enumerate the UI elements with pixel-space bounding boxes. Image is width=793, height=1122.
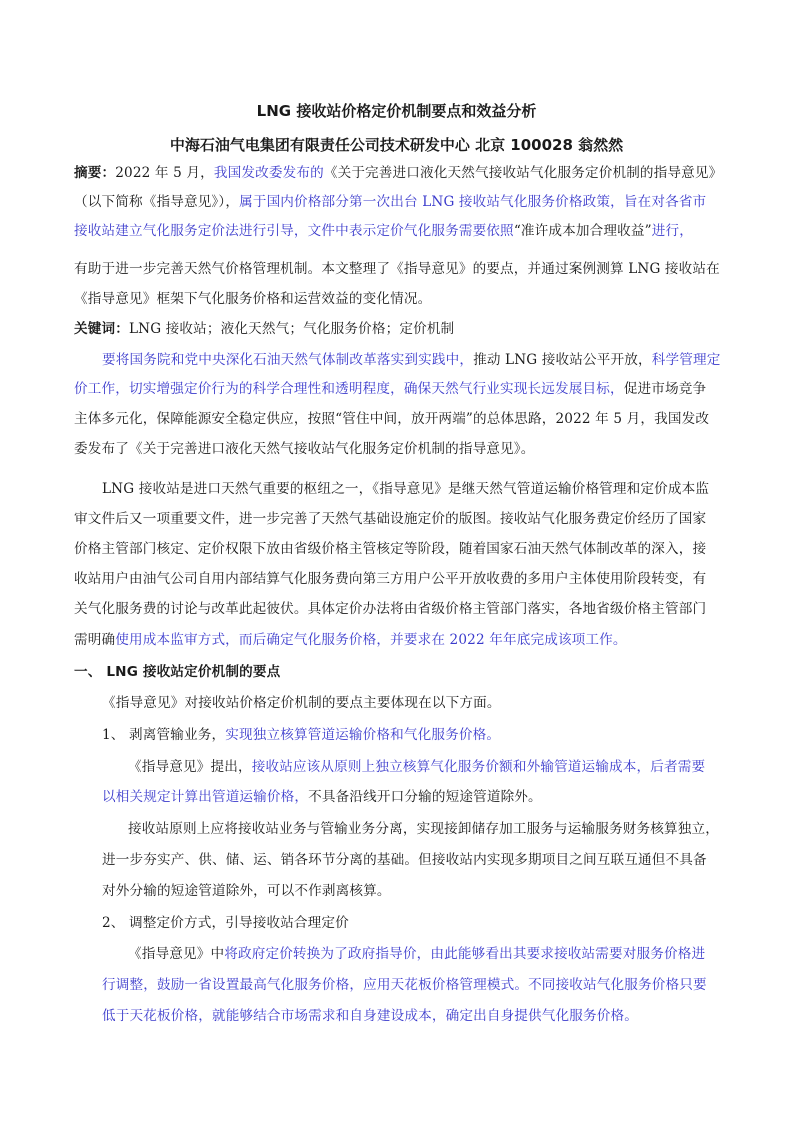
para2-line-5: 关气化服务费的讨论与改革此起彼伏。具体定价办法将由省级价格主管部门落实，各地省级… xyxy=(74,600,724,618)
para-text: 需明确 xyxy=(74,632,115,648)
item1-para1-line-2: 以相关规定计算出管道运输价格，不具备沿线开口分输的短途管道除外。 xyxy=(102,788,752,806)
item2-para1-line-2: 行调整，鼓励一省设置最高气化服务价格，应用天花板价格管理模式。不同接收站气化服务… xyxy=(102,976,752,994)
abstract-highlight: 属于国内价格部分第一次出台 LNG 接收站气化服务价格政策，旨在对各省市 xyxy=(239,194,706,210)
abstract-line-4: 有助于进一步完善天然气价格管理机制。本文整理了《指导意见》的要点，并通过案例测算… xyxy=(74,260,724,278)
para2-line-1: LNG 接收站是进口天然气重要的枢纽之一，《指导意见》是继天然气管道运输价格管理… xyxy=(102,480,752,498)
abstract-line-5: 《指导意见》框架下气化服务价格和运营效益的变化情况。 xyxy=(74,290,724,308)
abstract-text: 《关于完善进口液化天然气接收站气化服务定价机制的指导意见》 xyxy=(324,165,723,181)
para-highlight: 行调整，鼓励一省设 xyxy=(102,977,226,993)
keywords-text: LNG 接收站；液化天然气；气化服务价格；定价机制 xyxy=(129,321,454,337)
para-text: 《指导意见》中 xyxy=(128,946,224,962)
abstract-line-1: 摘要：2022 年 5 月，我国发改委发布的《关于完善进口液化天然气接收站气化服… xyxy=(74,164,724,182)
item1-para2-line-1: 接收站原则上应将接收站业务与管输业务分离，实现接卸储存加工服务与运输服务财务核算… xyxy=(128,820,778,838)
abstract-label: 摘要： xyxy=(74,165,115,181)
para-highlight: 置最高气化服务价格，应用天花板价格管理模式。不同接收站气化服务价格只要 xyxy=(226,977,707,993)
item2-title: 2、 调整定价方式，引导接收站合理定价 xyxy=(102,914,752,932)
para-text: 不具备沿线开口分输的短途管道除外。 xyxy=(308,789,542,805)
section-heading: 一、 LNG 接收站定价机制的要点 xyxy=(74,663,724,681)
para1-line-4: 委发布了《关于完善进口液化天然气接收站气化服务定价机制的指导意见》。 xyxy=(74,440,724,458)
para2-line-3: 价格主管部门核定、定价权限下放由省级价格主管核定等阶段，随着国家石油天然气体制改… xyxy=(74,540,724,558)
para-text: 《指导意见》提出， xyxy=(128,759,252,775)
para1-line-3: 主体多元化，保障能源安全稳定供应，按照“管住中间，放开两端”的总体思路，2022… xyxy=(74,410,724,428)
para2-line-4: 收站用户由油气公司自用内部结算气化服务费向第三方用户公平开放收费的多用户主体使用… xyxy=(74,570,724,588)
para-highlight: 使用成本监审方式，而后确定气化服务价格，并要求在 2022 年年底完成该项工作。 xyxy=(115,632,626,648)
abstract-text: “准许成本加合理收益” xyxy=(514,223,652,239)
para-text: 促进市场竞争 xyxy=(624,381,706,397)
para2-line-2: 审文件后又一项重要文件，进一步完善了天然气基础设施定价的版图。接收站气化服务费定… xyxy=(74,510,724,528)
para-highlight: 接收站应该从原则上独立核算气化服务价额和外输管道运输成本，后者需要 xyxy=(252,759,706,775)
item1-para2-line-3: 对外分输的短途管道除外，可以不作剥离核算。 xyxy=(102,882,752,900)
item1-para1-line-1: 《指导意见》提出，接收站应该从原则上独立核算气化服务价额和外输管道运输成本，后者… xyxy=(128,758,778,776)
item-title-highlight: 实现独立核算管道运输价格和气化服务价格。 xyxy=(225,727,500,743)
abstract-text: （以下简称《指导意见》）， xyxy=(74,194,239,210)
section-intro: 《指导意见》对接收站价格定价机制的要点主要体现在以下方面。 xyxy=(102,694,752,712)
document-page: LNG 接收站价格定价机制要点和效益分析 中海石油气电集团有限责任公司技术研发中… xyxy=(0,0,793,1122)
para-highlight: 要将国务院和党中央深化石油天然气体制改革落实到实践中， xyxy=(102,352,473,368)
abstract-line-3: 接收站建立气化服务定价法进行引导，文件中表示定价气化服务需要依照“准许成本加合理… xyxy=(74,222,724,240)
para1-line-2: 价工作，切实增强定价行为的科学合理性和透明程度，确保天然气行业实现长远发展目标，… xyxy=(74,380,724,398)
para-text: 推动 LNG 接收站公平开放， xyxy=(473,352,652,368)
abstract-highlight: 接收站建立气化服务定价法进行引导，文件中表示定价气化服务需要依照 xyxy=(74,223,514,239)
abstract-highlight: 进行， xyxy=(652,223,693,239)
item-title-text: 1、 剥离管输业务， xyxy=(102,727,225,743)
abstract-text: 2022 年 5 月， xyxy=(115,165,214,181)
item2-para1-line-3: 低于天花板价格，就能够结合市场需求和自身建设成本，确定出自身提供气化服务价格。 xyxy=(102,1007,752,1025)
para-highlight: 将政府定价转换为了政府指导价，由此能够看出其要求接收站需要对服务价格进 xyxy=(224,946,705,962)
para2-line-6: 需明确使用成本监审方式，而后确定气化服务价格，并要求在 2022 年年底完成该项… xyxy=(74,631,724,649)
abstract-line-2: （以下简称《指导意见》），属于国内价格部分第一次出台 LNG 接收站气化服务价格… xyxy=(74,193,724,211)
keywords-label: 关键词： xyxy=(74,321,129,337)
item1-title: 1、 剥离管输业务，实现独立核算管道运输价格和气化服务价格。 xyxy=(102,726,752,744)
para1-line-1: 要将国务院和党中央深化石油天然气体制改革落实到实践中，推动 LNG 接收站公平开… xyxy=(102,351,752,369)
para-highlight: 以相关规定计算出管道运输价格， xyxy=(102,789,308,805)
item2-para1-line-1: 《指导意见》中将政府定价转换为了政府指导价，由此能够看出其要求接收站需要对服务价… xyxy=(128,945,778,963)
abstract-highlight: 我国发改委发布的 xyxy=(214,165,324,181)
para-highlight: 价工作，切实增强定价行为的科学合理性和透明程度，确保天然气行业实现长远发展目标， xyxy=(74,381,624,397)
item1-para2-line-2: 进一步夯实产、供、储、运、销各环节分离的基础。但接收站内实现多期项目之间互联互通… xyxy=(102,851,752,869)
keywords-line: 关键词：LNG 接收站；液化天然气；气化服务价格；定价机制 xyxy=(74,320,724,338)
para-highlight: 科学管理定 xyxy=(652,352,721,368)
author-affiliation: 中海石油气电集团有限责任公司技术研发中心 北京 100028 翁然然 xyxy=(0,134,793,155)
paper-title: LNG 接收站价格定价机制要点和效益分析 xyxy=(0,100,793,121)
